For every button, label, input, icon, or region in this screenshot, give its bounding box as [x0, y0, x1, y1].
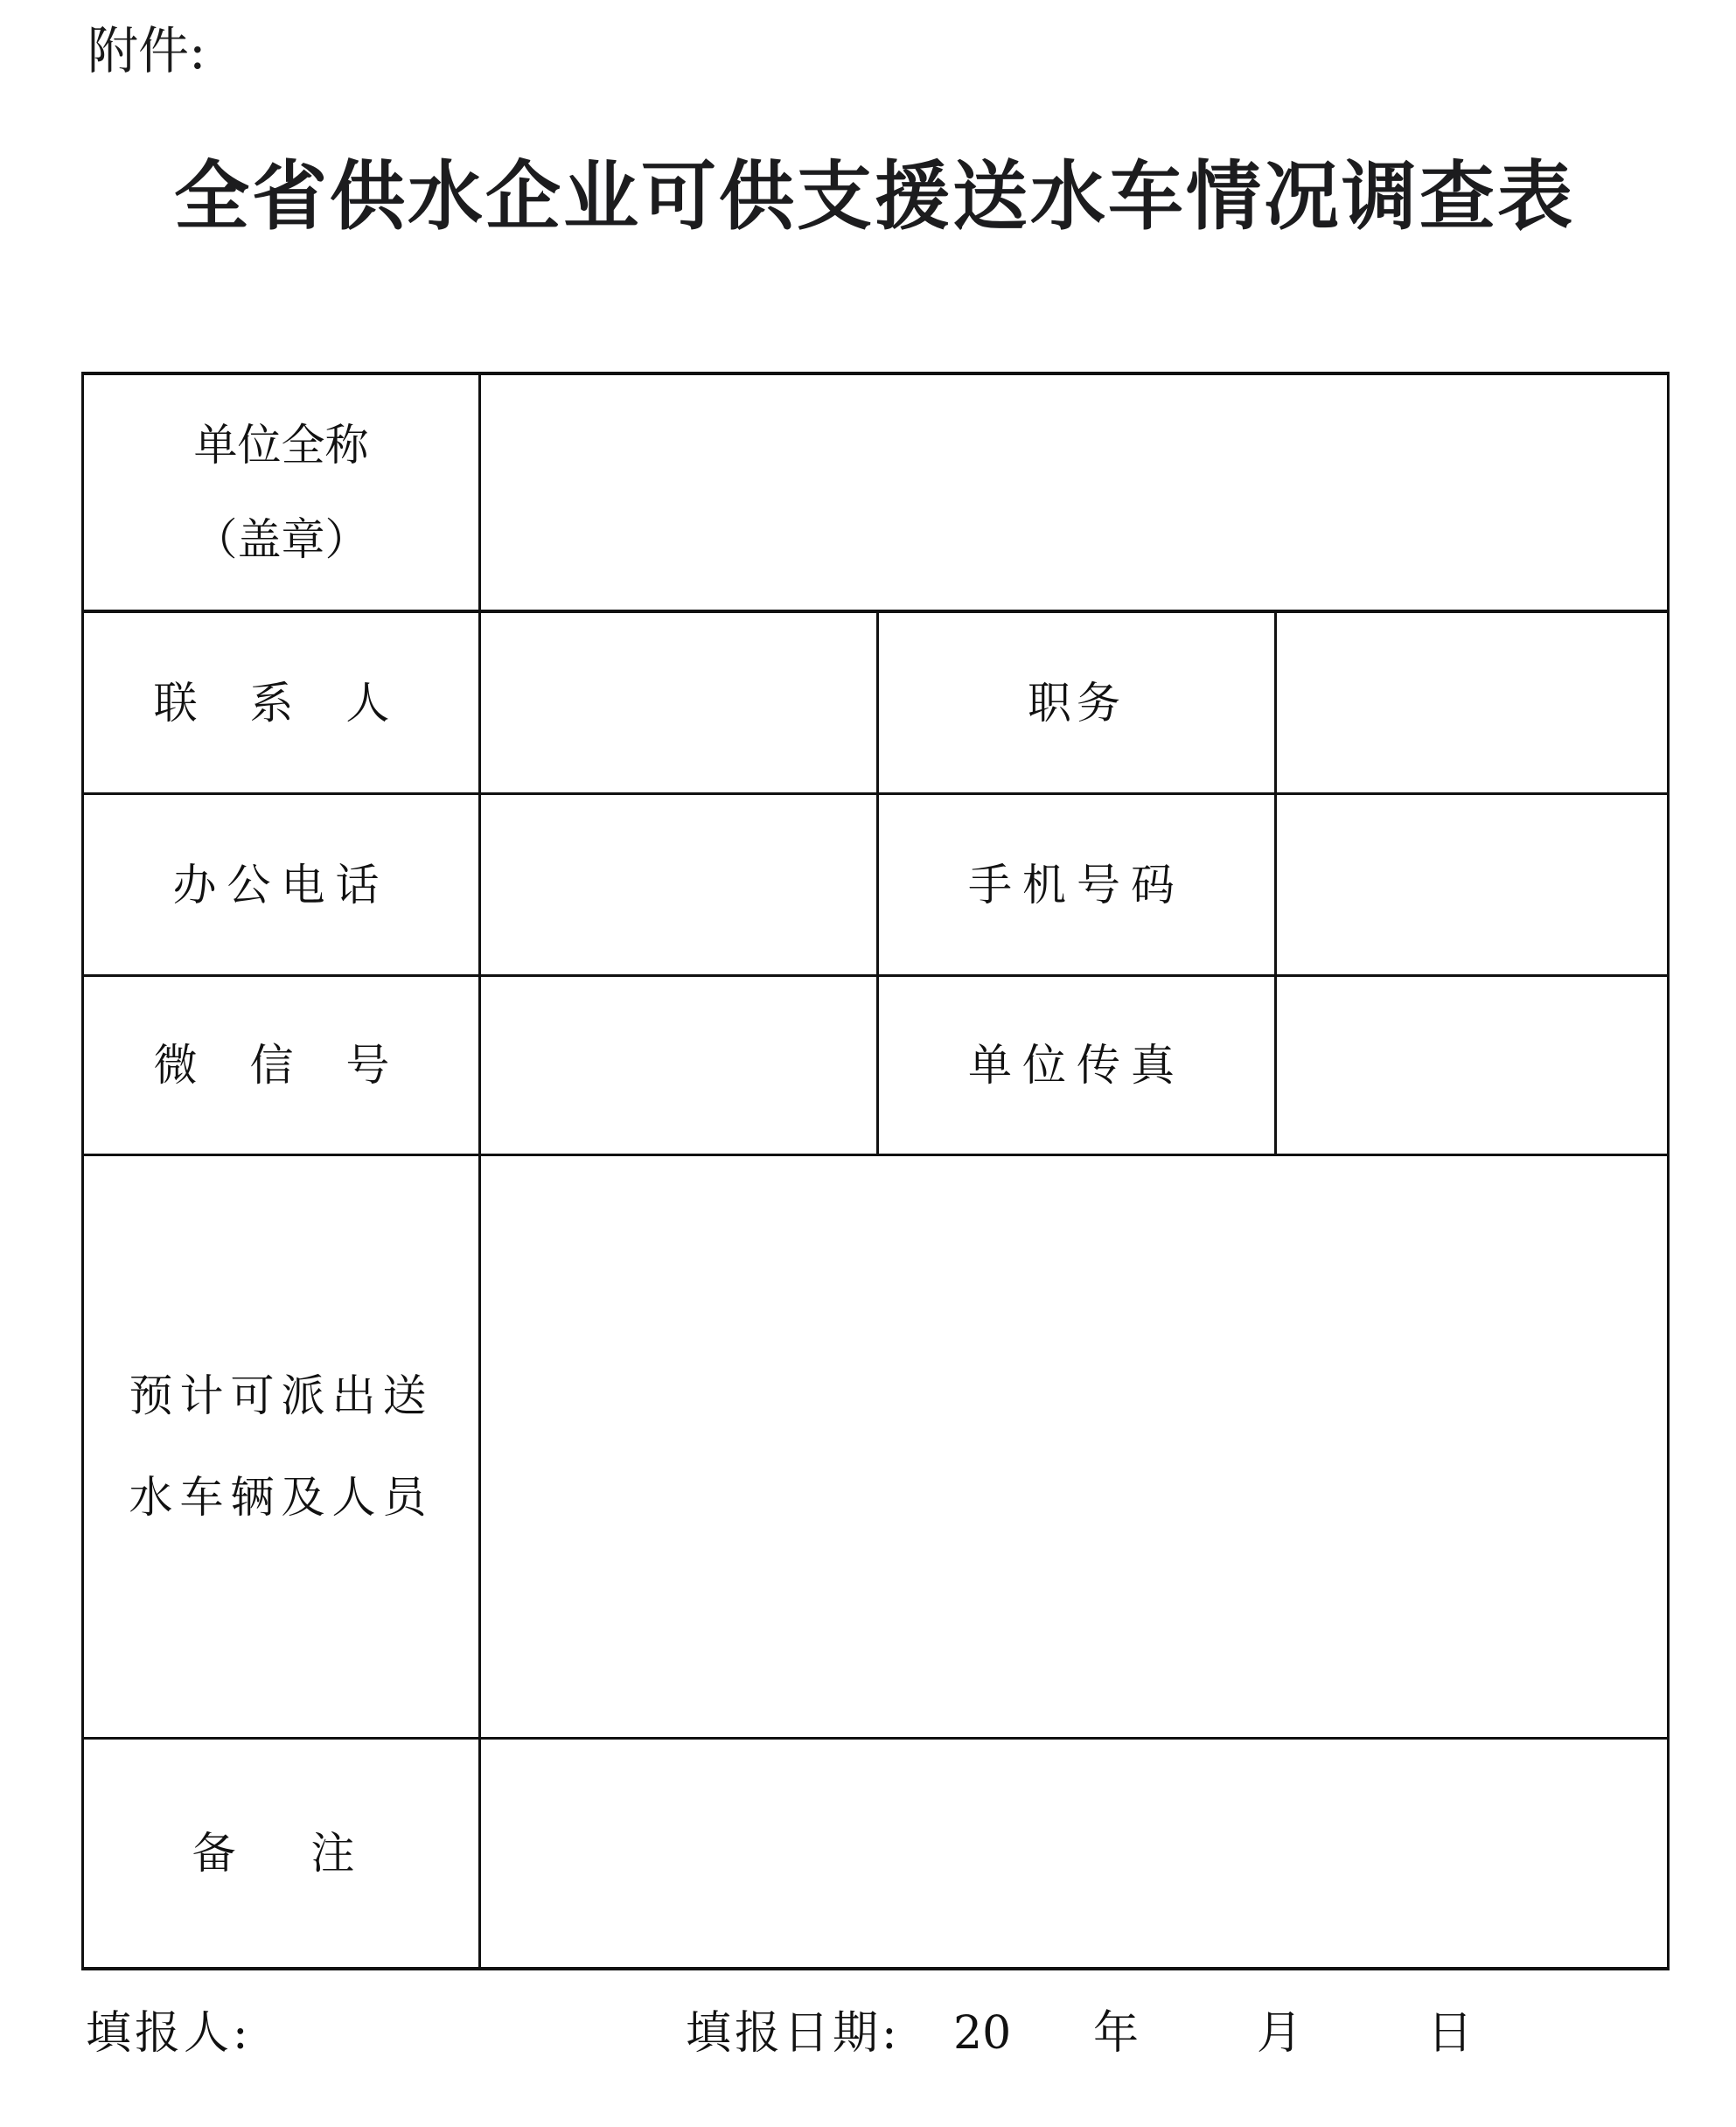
unit-name-label: 单位全称: [194, 423, 369, 467]
attachment-label: 附件:: [87, 19, 206, 82]
position-field[interactable]: [1277, 613, 1667, 792]
unit-name-seal-note: （盖章）: [194, 518, 369, 561]
table-border-right: [1667, 372, 1670, 1970]
office-phone-label: 办公电话: [173, 863, 390, 907]
contact-person-label-cell: 联 系 人: [84, 613, 478, 792]
page-title: 全省供水企业可供支援送水车情况调查表: [149, 149, 1600, 245]
office-phone-label-cell: 办公电话: [84, 795, 478, 974]
contact-person-field[interactable]: [481, 613, 876, 792]
mobile-number-label: 手机号码: [968, 863, 1185, 907]
unit-fax-field[interactable]: [1277, 977, 1667, 1154]
unit-name-label-cell: 单位全称 （盖章）: [84, 375, 478, 610]
unit-fax-label: 单位传真: [968, 1043, 1185, 1087]
table-border-bottom: [81, 1967, 1670, 1970]
remarks-label: 备 注: [192, 1831, 371, 1875]
office-phone-field[interactable]: [481, 795, 876, 974]
remarks-label-cell: 备 注: [84, 1740, 478, 1967]
fill-date-month-unit: 月: [1257, 2005, 1302, 2061]
wechat-id-label-cell: 微 信 号: [84, 977, 478, 1154]
contact-person-label: 联 系 人: [154, 681, 409, 725]
position-label: 职务: [1028, 681, 1126, 725]
dispatch-label-line2: 水车辆及人员: [129, 1475, 434, 1519]
dispatch-label-cell: 预计可派出送 水车辆及人员: [84, 1156, 478, 1737]
mobile-number-label-cell: 手机号码: [879, 795, 1274, 974]
dispatch-vehicles-staff-field[interactable]: [481, 1156, 1667, 1737]
wechat-id-label: 微 信 号: [154, 1043, 409, 1087]
mobile-number-field[interactable]: [1277, 795, 1667, 974]
unit-fax-label-cell: 单位传真: [879, 977, 1274, 1154]
unit-name-field[interactable]: [481, 375, 1667, 610]
fill-date-year-prefix[interactable]: 20: [953, 2005, 1011, 2061]
filler-label: 填报人:: [86, 2005, 252, 2061]
fill-date-year-unit: 年: [1093, 2005, 1139, 2061]
wechat-id-field[interactable]: [481, 977, 876, 1154]
fill-date-day-unit: 日: [1427, 2005, 1473, 2061]
dispatch-label-line1: 预计可派出送: [129, 1374, 434, 1418]
position-label-cell: 职务: [879, 613, 1274, 792]
remarks-field[interactable]: [481, 1740, 1667, 1967]
survey-form-table: 单位全称 （盖章） 联 系 人 职务 办公电话 手机号码 微 信 号 单位传真 …: [81, 372, 1670, 1970]
fill-date-label: 填报日期:: [686, 2005, 901, 2061]
